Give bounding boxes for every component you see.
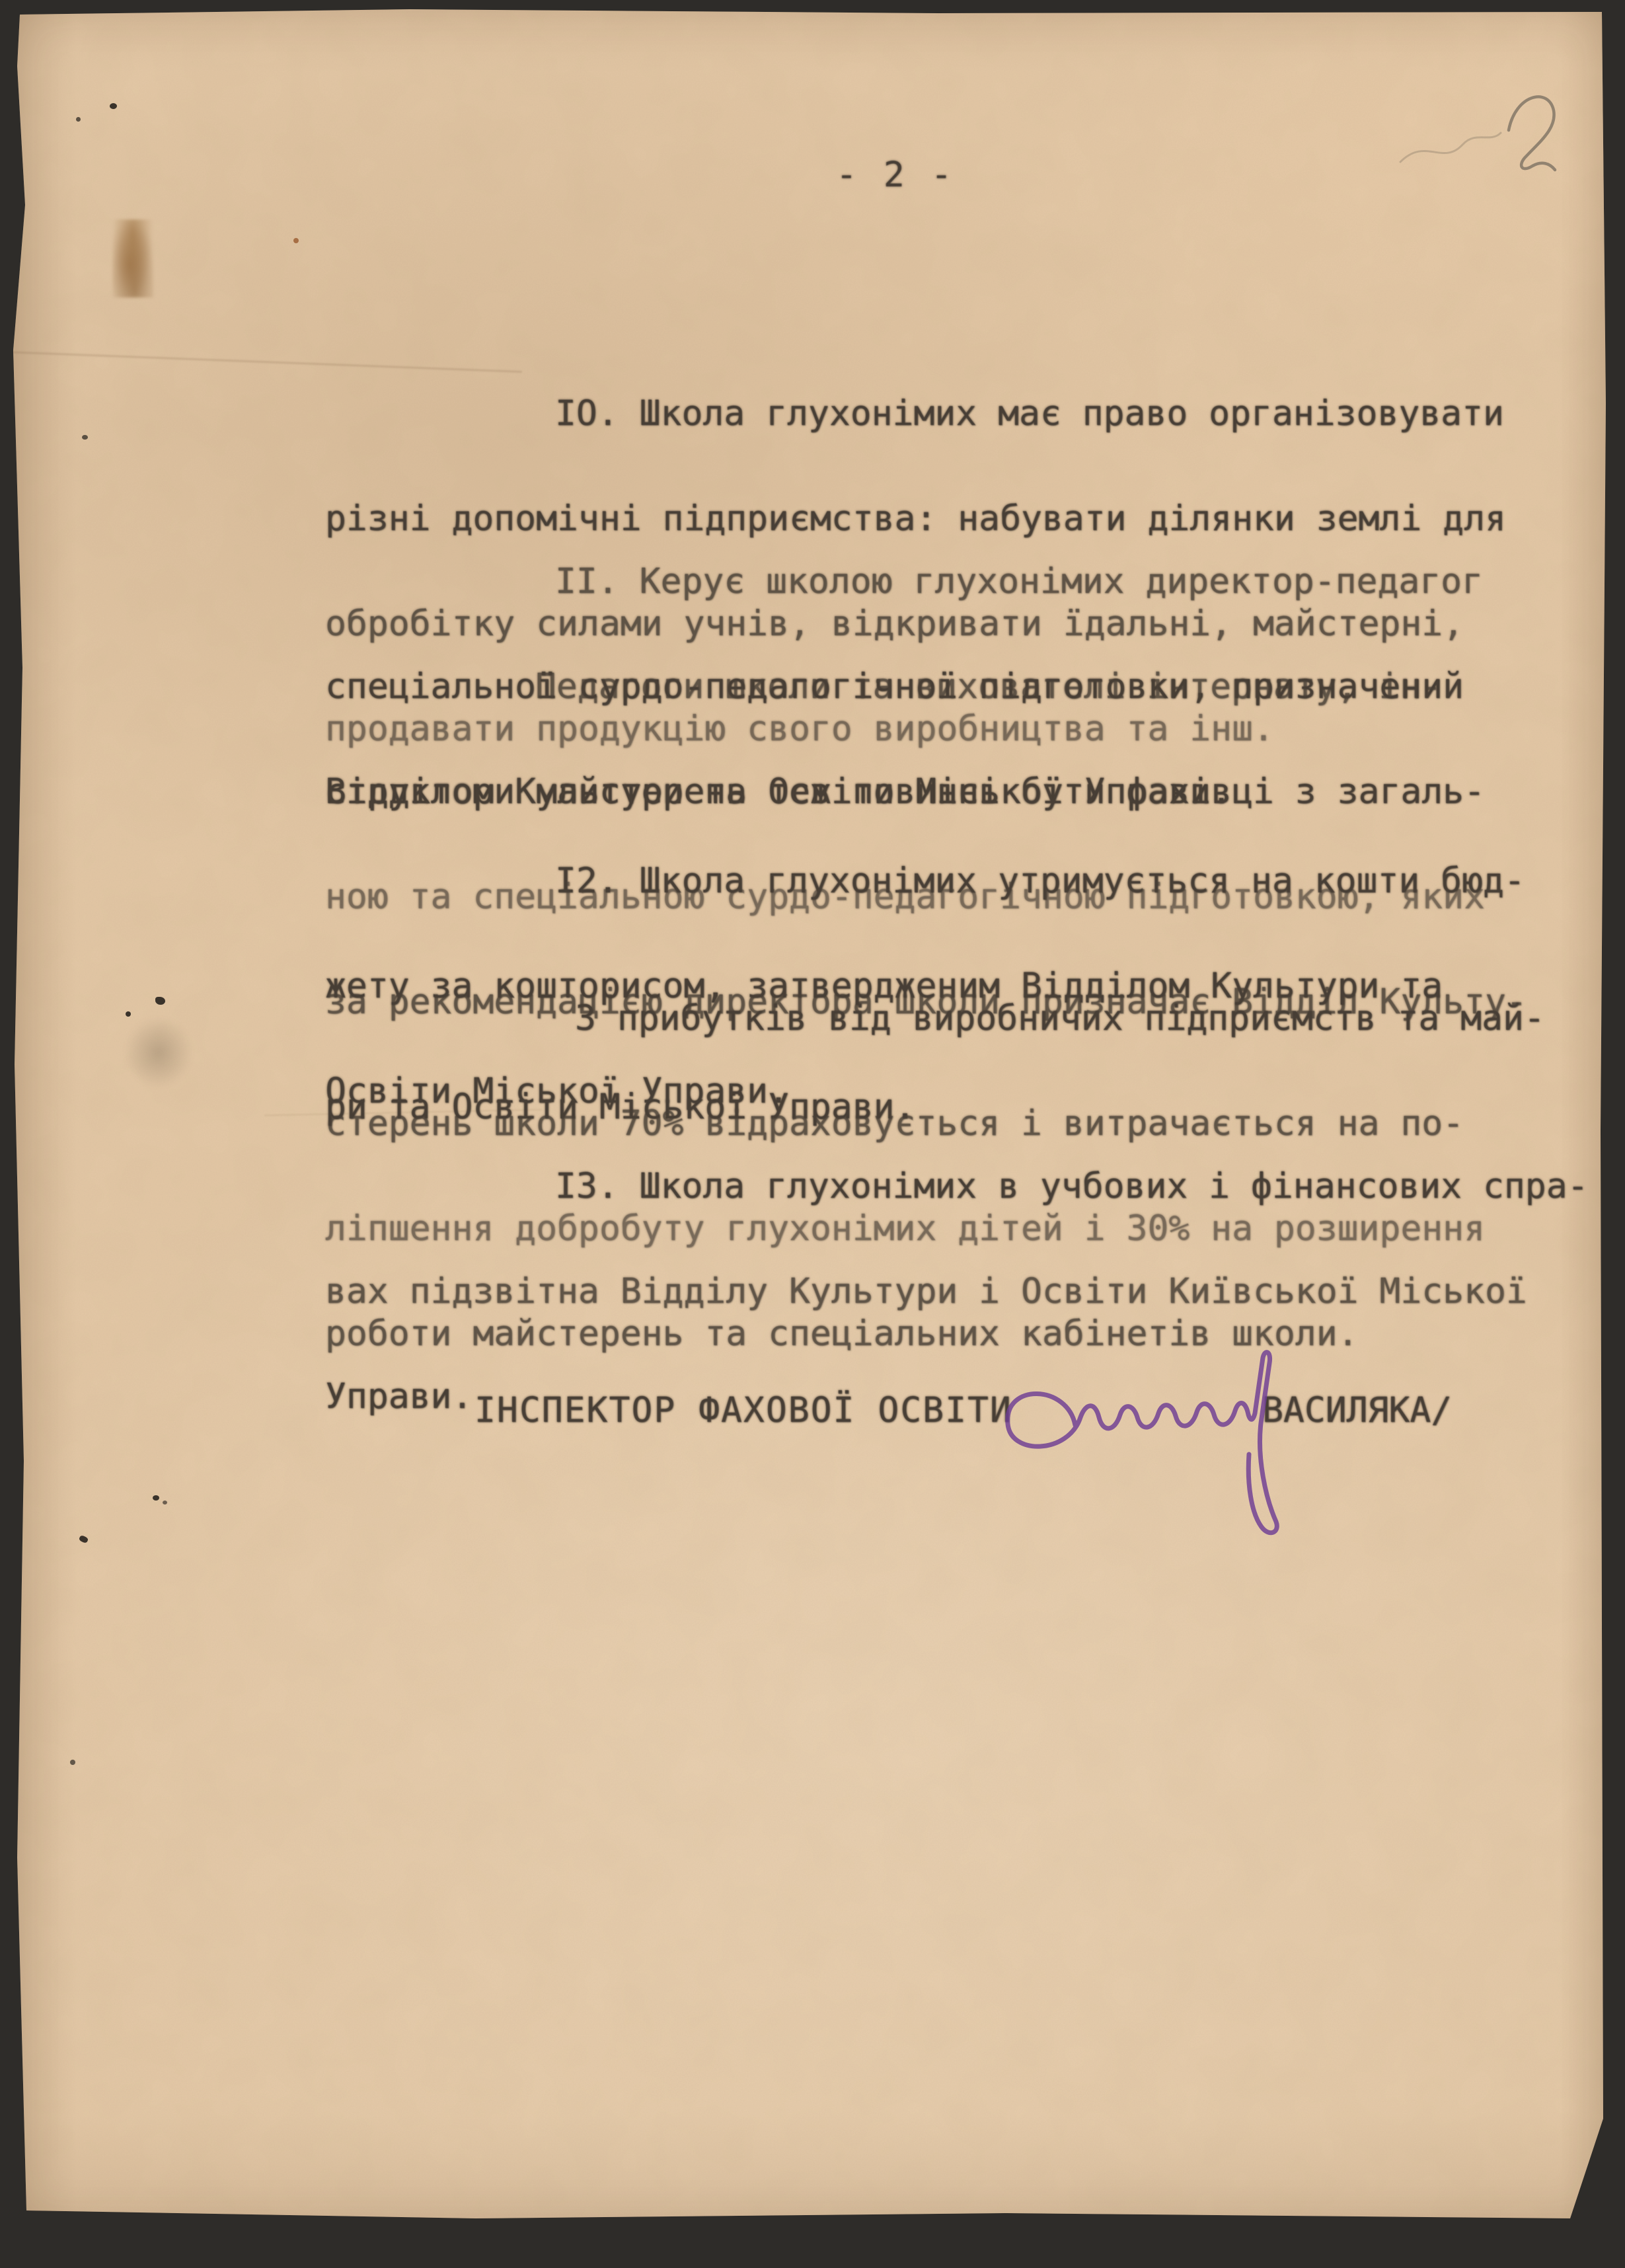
text-line: ІО. Школа глухонімих має право організов… [325,396,1506,431]
signature-title: ІНСПЕКТОР ФАХОВОЇ ОСВІТИ [474,1393,1012,1428]
text-line: І2. Школа глухонімих утримується на кошт… [325,863,1525,898]
page-number: - 2 - [836,157,955,192]
typewritten-text: - 2 - ІО. Школа глухонімих має право орг… [13,7,1607,2225]
text-line: ІІ. Керує школою глухонімих директор-пед… [325,564,1483,599]
text-line: З прибутків від виробничих підприємств т… [325,1001,1545,1036]
text-line: Педагоги школи та вихователі інтернату, … [325,669,1527,704]
text-line: І3. Школа глухонімих в учбових і фінансо… [325,1169,1589,1204]
signature-typed-name: ВАСИЛЯКА/ [1262,1393,1452,1428]
document-page: - 2 - ІО. Школа глухонімих має право орг… [13,7,1607,2225]
text-line: вах підзвітна Відділу Культури і Освіти … [325,1274,1589,1309]
scan-background: { "page": { "number_label": "- 2 -", "ha… [0,0,1625,2268]
